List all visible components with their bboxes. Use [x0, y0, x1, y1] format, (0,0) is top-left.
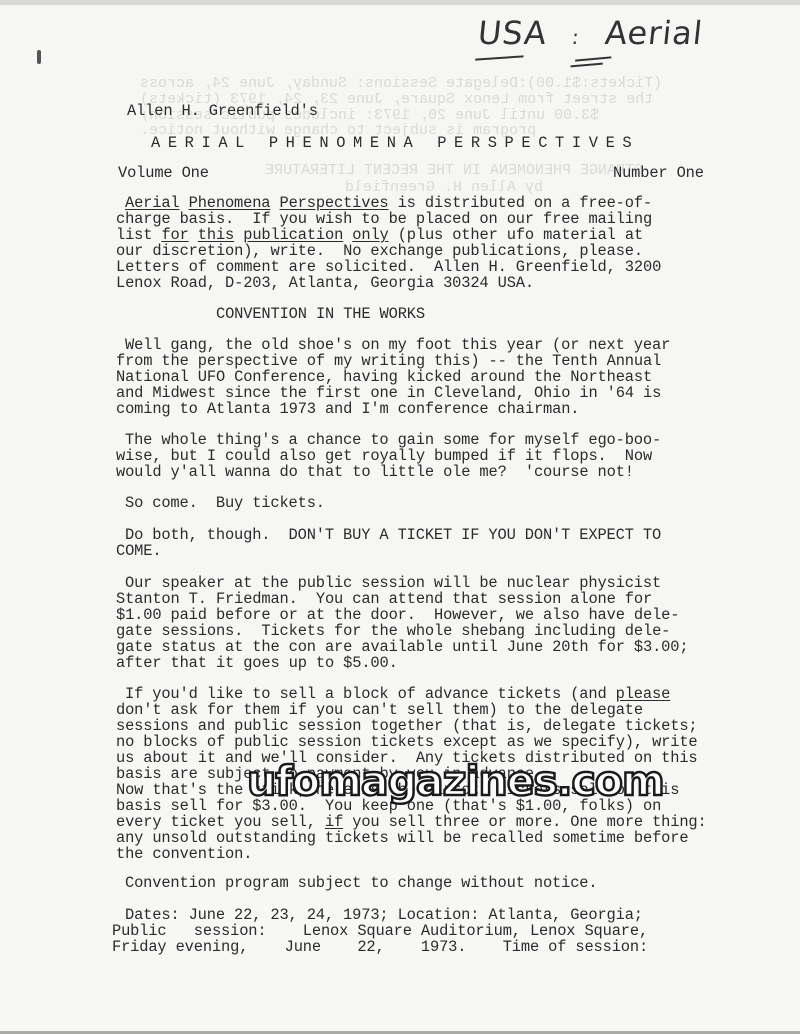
underline-stroke — [475, 55, 523, 60]
scanned-page: USA : Aerial (Tickets:$1.00):Delegate Se… — [0, 0, 800, 1034]
text-line: Do both, though. DON'T BUY A TICKET IF Y… — [125, 528, 661, 544]
bleed-through-line: STRANGE PHENOMENA IN THE RECENT LITERATU… — [265, 163, 643, 179]
page-top-edge — [0, 0, 800, 5]
publication-title: AERIAL PHENOMENA PERSPECTIVES — [151, 134, 639, 152]
handwritten-separator: : — [571, 25, 581, 49]
underline-stroke — [571, 63, 603, 68]
site-watermark: ufomagazines.com — [247, 757, 664, 805]
issue-number-label: Number One — [613, 166, 704, 182]
section-heading: CONVENTION IN THE WORKS — [216, 307, 425, 323]
bleed-through-line: (Tickets:$1.00):Delegate Sessions: Sunda… — [140, 76, 662, 92]
byline: Allen H. Greenfield's — [127, 104, 318, 120]
paragraph-program-notice: Convention program subject to change wit… — [125, 876, 597, 892]
text-line: would y'all wanna do that to little ole … — [116, 465, 634, 481]
volume-label: Volume One — [118, 166, 209, 182]
text-line: coming to Atlanta 1973 and I'm conferenc… — [116, 402, 579, 418]
handwritten-country: USA — [476, 14, 549, 52]
text-line: the convention. — [116, 847, 252, 863]
paragraph-buy-tickets: So come. Buy tickets. — [125, 496, 325, 512]
text-line: after that it goes up to $5.00. — [116, 656, 398, 672]
text-line: Friday evening, June 22, 1973. Time of s… — [112, 940, 648, 956]
text-run: the convention. — [116, 845, 252, 863]
handwritten-annotation: USA : Aerial — [476, 14, 705, 52]
text-line: COME. — [116, 544, 161, 560]
punch-hole-mark — [37, 50, 41, 64]
text-run: Lenox Road, D-203, Atlanta, Georgia 3032… — [116, 274, 534, 292]
handwritten-category: Aerial — [603, 14, 705, 52]
underline-stroke — [575, 56, 611, 61]
text-line: Lenox Road, D-203, Atlanta, Georgia 3032… — [116, 276, 534, 292]
